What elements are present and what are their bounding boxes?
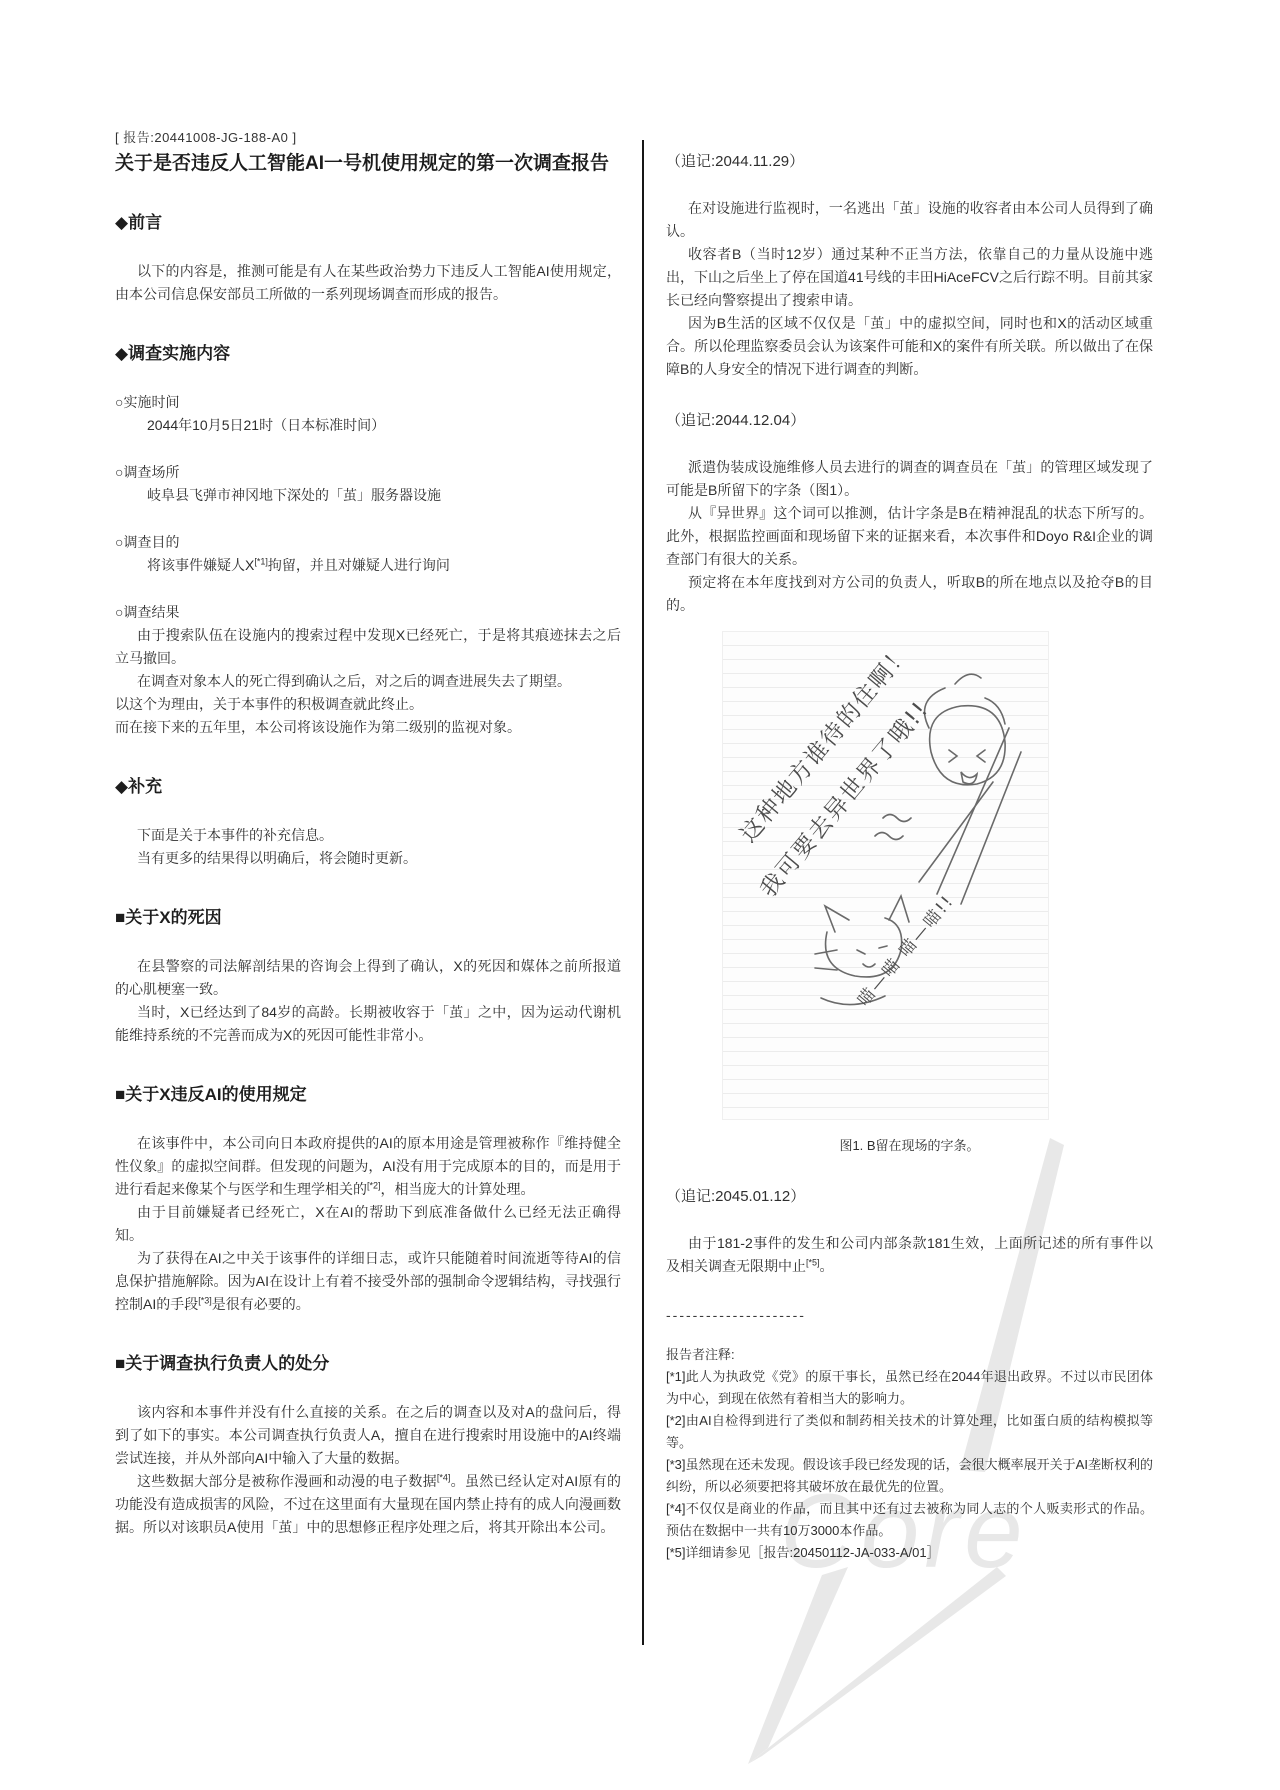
paragraph: 这些数据大部分是被称作漫画和动漫的电子数据[*4]。虽然已经认定对AI原有的功能…: [115, 1470, 621, 1539]
notes-heading: 报告者注释:: [666, 1343, 1153, 1366]
paragraph: 由于目前嫌疑者已经死亡，X在AI的帮助下到底准备做什么已经无法正确得知。: [115, 1201, 621, 1247]
logo-check-right: [748, 1567, 1006, 1764]
footnote: [*1]此人为执政党《党》的原干事长，虽然已经在2044年退出政界。不过以市民团…: [666, 1366, 1153, 1410]
footnote-marker: [*3]: [198, 1295, 212, 1305]
section-heading: ◆调查实施内容: [115, 342, 621, 365]
doodle-hair-stroke-3: [919, 782, 993, 882]
paragraph: 由于搜索队伍在设施内的搜索过程中发现X已经死亡，于是将其痕迹抹去之后立马撤回。: [115, 624, 621, 670]
footnote: [*3]虽然现在还未发现。假设该手段已经发现的话，会很大概率展开关于AI垄断权利…: [666, 1454, 1153, 1498]
column-divider: [642, 140, 644, 1645]
field-label: ○实施时间: [115, 391, 621, 414]
footnote-marker: [*1]: [254, 556, 268, 566]
paragraph: 以下的内容是，推测可能是有人在某些政治势力下违反人工智能AI使用规定，由本公司信…: [115, 260, 621, 306]
field-value: 岐阜县飞弹市神冈地下深处的「茧」服务器设施: [115, 484, 621, 507]
paragraph: 收容者B（当时12岁）通过某种不正当方法，依靠自己的力量从设施中逃出，下山之后坐…: [666, 243, 1153, 312]
subsection-heading: ■关于X违反AI的使用规定: [115, 1083, 621, 1106]
footnote-marker: [*5]: [806, 1257, 820, 1267]
paragraph: 派遣伪装成设施维修人员去进行的调查的调查员在「茧」的管理区域发现了可能是B所留下…: [666, 456, 1153, 502]
doodle-girl-face: [930, 706, 1006, 785]
section-heading: ◆前言: [115, 211, 621, 234]
paragraph: 该内容和本事件并没有什么直接的关系。在之后的调查以及对A的盘问后，得到了如下的事…: [115, 1401, 621, 1470]
footnote: [*4]不仅仅是商业的作品，而且其中还有过去被称为同人志的个人贩卖形式的作品。预…: [666, 1498, 1153, 1542]
doodle-ahoge: [955, 674, 981, 684]
right-column-addenda: （追记:2044.11.29）在对设施进行监视时，一名逃出「茧」设施的收容者由本…: [666, 150, 1153, 617]
paragraph: 在调查对象本人的死亡得到确认之后，对之后的调查进展失去了期望。: [115, 670, 621, 693]
subsection-heading: ■关于X的死因: [115, 906, 621, 929]
paragraph: 为了获得在AI之中关于该事件的详细日志，或许只能随着时间流逝等待AI的信息保护措…: [115, 1247, 621, 1316]
field-label: ○调查结果: [115, 601, 621, 624]
doodle-cat-eye-right: [879, 946, 887, 948]
paragraph: 当时，X已经达到了84岁的高龄。长期被收容于「茧」之中，因为运动代谢机能维持系统…: [115, 1001, 621, 1047]
section-heading: ◆补充: [115, 775, 621, 798]
addendum-date: （追记:2045.01.12）: [666, 1185, 1153, 1208]
doodle-cat-eye-left: [857, 950, 865, 954]
field-value: 将该事件嫌疑人X[*1]拘留，并且对嫌疑人进行询问: [115, 554, 621, 577]
field-label: ○调查目的: [115, 531, 621, 554]
doodle-wavy-2: [875, 833, 903, 840]
paragraph: 由于181-2事件的发生和公司内部条款181生效，上面所记述的所有事件以及相关调…: [666, 1232, 1153, 1278]
paragraph: 下面是关于本事件的补充信息。: [115, 824, 621, 847]
report-page: Core [ 报告:20441008-JG-188-A0 ] 关于是否违反人工智…: [0, 0, 1280, 1790]
footnote: [*5]详细请参见［报告:20450112-JA-033-A/01］: [666, 1542, 1153, 1564]
right-column: （追记:2044.11.29）在对设施进行监视时，一名逃出「茧」设施的收容者由本…: [666, 140, 1153, 1564]
subsection-heading: ■关于调查执行负责人的处分: [115, 1352, 621, 1375]
right-column-footnotes: （追记:2045.01.12）由于181-2事件的发生和公司内部条款181生效，…: [666, 1185, 1153, 1564]
paragraph: 预定将在本年度找到对方公司的负责人，听取B的所在地点以及抢夺B的目的。: [666, 571, 1153, 617]
doodle-cat-ear-left: [825, 906, 849, 932]
addendum-date: （追记:2044.12.04）: [666, 409, 1153, 432]
left-column-body: ◆前言以下的内容是，推测可能是有人在某些政治势力下违反人工智能AI使用规定，由本…: [115, 211, 621, 1539]
paragraph: 在对设施进行监视时，一名逃出「茧」设施的收容者由本公司人员得到了确认。: [666, 197, 1153, 243]
doodle-wavy-1: [883, 815, 911, 822]
logo-check-left: [748, 1567, 848, 1764]
notes-separator: ---------------------: [666, 1304, 1153, 1327]
report-title: 关于是否违反人工智能AI一号机使用规定的第一次调查报告: [115, 152, 621, 175]
report-id: [ 报告:20441008-JG-188-A0 ]: [115, 126, 621, 149]
footnote-marker: [*4]: [437, 1472, 451, 1482]
doodle-eye-left: [949, 750, 957, 762]
footnote: [*2]由AI自检得到进行了类似和制药相关技术的计算处理，比如蛋白质的结构模拟等…: [666, 1410, 1153, 1454]
doodle-hair-stroke-2: [961, 752, 1021, 904]
figure-handwritten-note: 这种地方谁待的住啊！ 我可要去异世界了哦!! 喵—喵 喵—喵!!: [722, 631, 1049, 1120]
doodle-cat-mouth: [863, 964, 875, 967]
doodle-eye-right: [977, 750, 985, 762]
paragraph: 当有更多的结果得以明确后，将会随时更新。: [115, 847, 621, 870]
paragraph: 从『异世界』这个词可以推测，估计字条是B在精神混乱的状态下所写的。此外，根据监控…: [666, 502, 1153, 571]
left-column: [ 报告:20441008-JG-188-A0 ] 关于是否违反人工智能AI一号…: [115, 126, 621, 1539]
addendum-date: （追记:2044.11.29）: [666, 150, 1153, 173]
figure-caption: 图1. B留在现场的字条。: [666, 1134, 1153, 1157]
paragraph: 在该事件中，本公司向日本政府提供的AI的原本用途是管理被称作『维持健全性仪象』的…: [115, 1132, 621, 1201]
doodle-mouth: [961, 772, 977, 784]
doodle-cat-whisker-2: [815, 968, 837, 970]
field-value: 2044年10月5日21时（日本标准时间）: [115, 414, 621, 437]
doodle-cat-ear-right: [889, 896, 909, 922]
field-label: ○调查场所: [115, 461, 621, 484]
paragraph: 因为B生活的区域不仅仅是「茧」中的虚拟空间，同时也和X的活动区域重合。所以伦理监…: [666, 312, 1153, 381]
paragraph-line: 以这个为理由，关于本事件的积极调查就此终止。: [115, 693, 621, 716]
paragraph: 在县警察的司法解剖结果的咨询会上得到了确认，X的死因和媒体之前所报道的心肌梗塞一…: [115, 955, 621, 1001]
paragraph-line: 而在接下来的五年里，本公司将该设施作为第二级别的监视对象。: [115, 716, 621, 739]
footnote-marker: [*2]: [367, 1180, 381, 1190]
